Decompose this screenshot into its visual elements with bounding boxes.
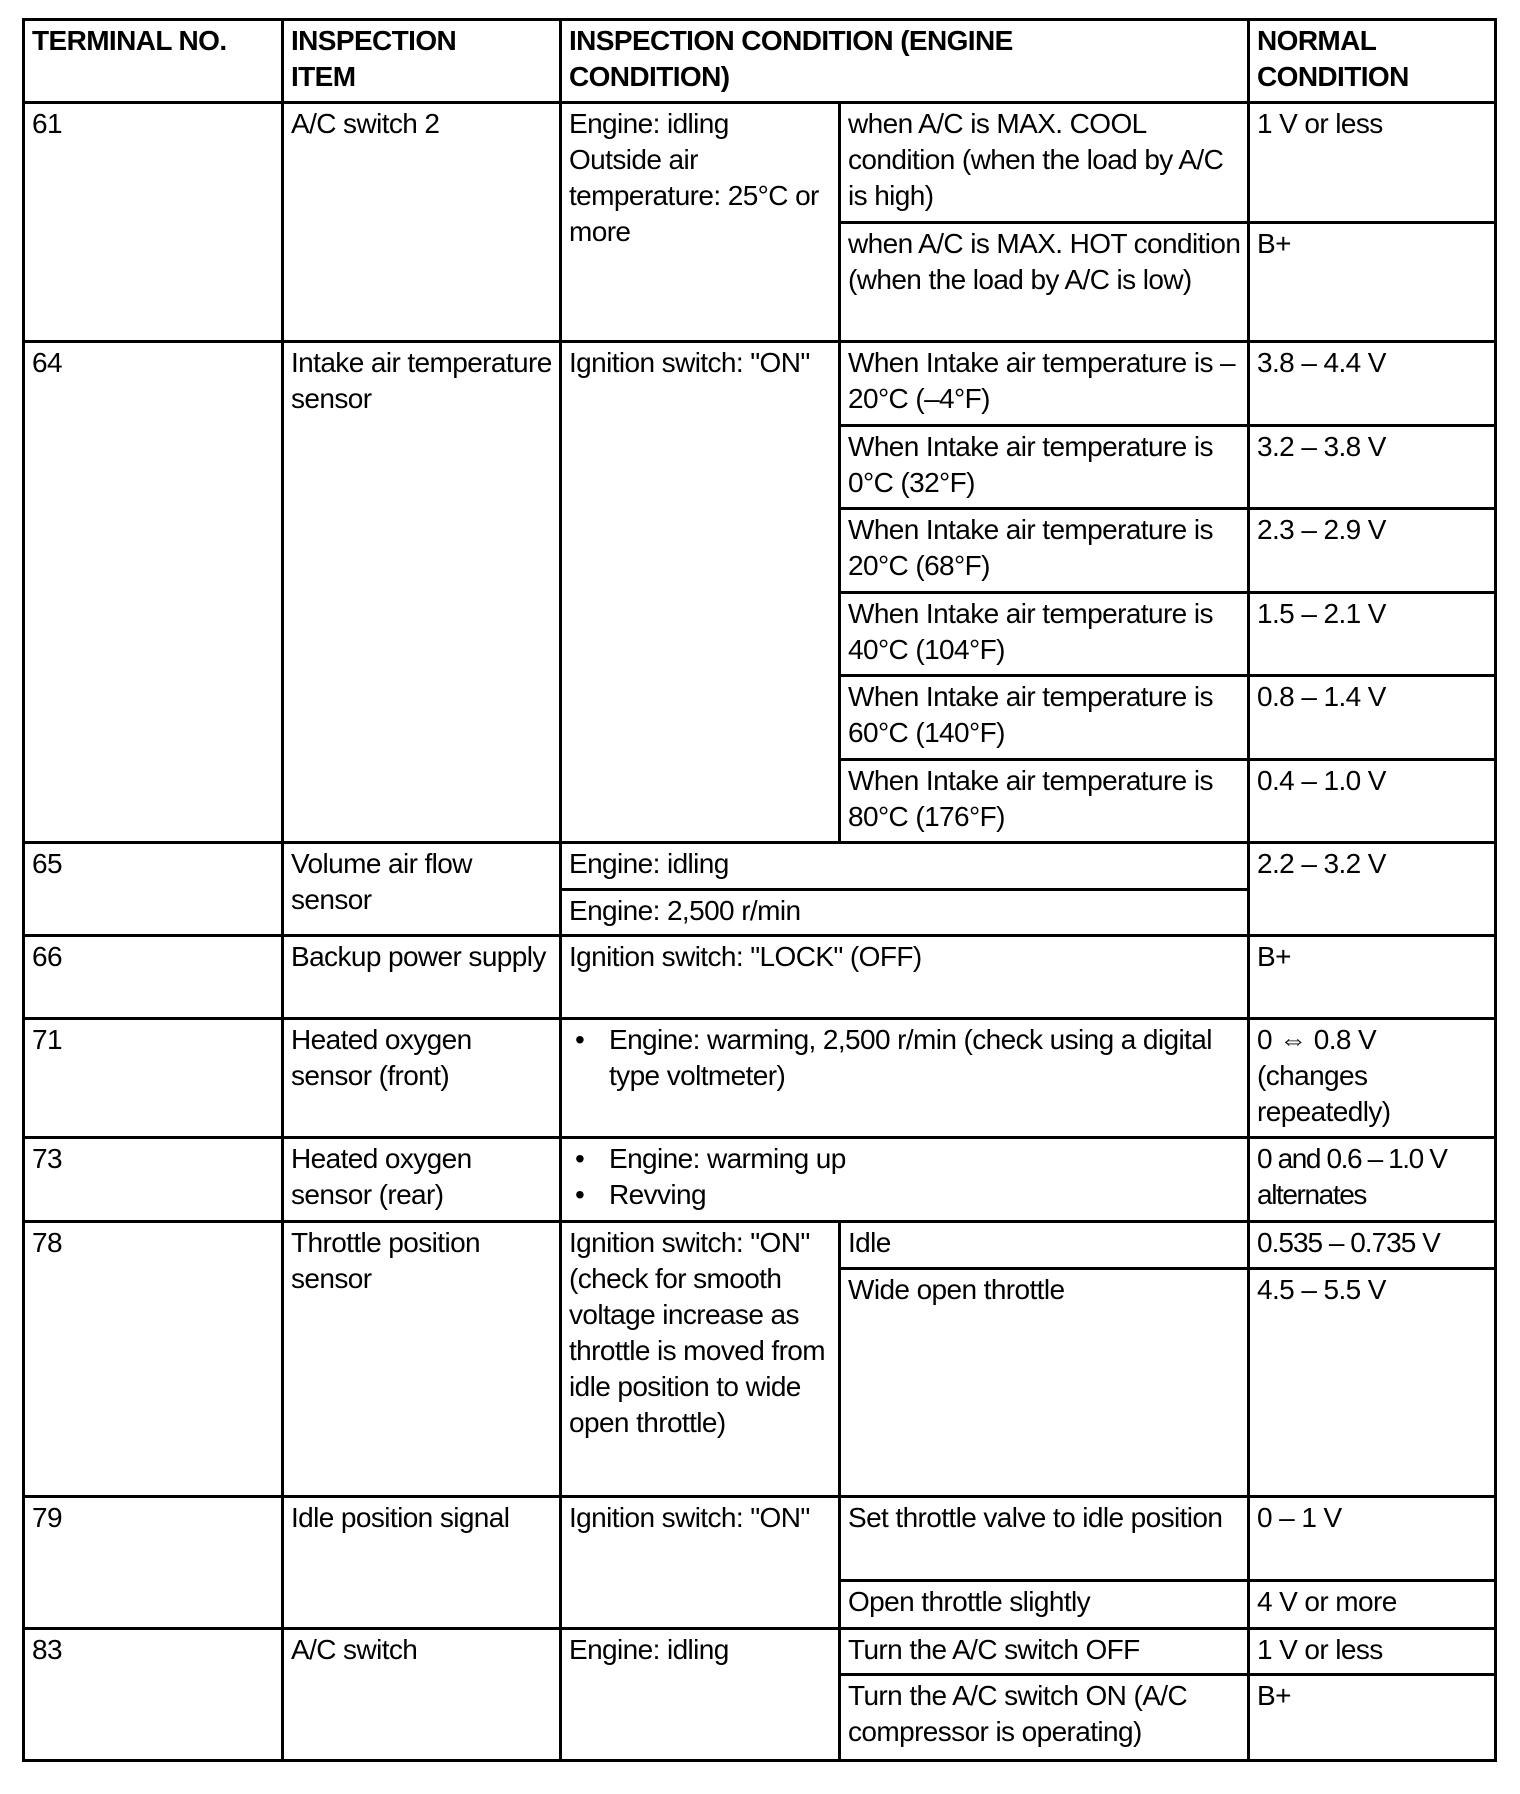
normal-condition: 0.4 – 1.0 V bbox=[1249, 760, 1496, 843]
table-row: 71 Heated oxygen sensor (front) Engine: … bbox=[24, 1019, 1496, 1138]
table-row: 61 A/C switch 2 Engine: idling Outside a… bbox=[24, 103, 1496, 223]
inspection-item: Heated oxygen sensor (rear) bbox=[283, 1138, 561, 1222]
sub-condition: When Intake air temperature is 60°C (140… bbox=[840, 676, 1249, 760]
condition-bullet: Revving bbox=[609, 1177, 1241, 1213]
inspection-item: Volume air flow sensor bbox=[283, 843, 561, 936]
normal-condition: 3.2 – 3.8 V bbox=[1249, 426, 1496, 509]
sub-condition: Set throttle valve to idle position bbox=[840, 1497, 1249, 1581]
terminal-no: 71 bbox=[24, 1019, 283, 1138]
sub-condition: Turn the A/C switch OFF bbox=[840, 1629, 1249, 1675]
terminal-no: 78 bbox=[24, 1222, 283, 1497]
inspection-item: Backup power supply bbox=[283, 936, 561, 1019]
normal-condition: 1.5 – 2.1 V bbox=[1249, 593, 1496, 676]
condition-bullet-list: Engine: warming up Revving bbox=[569, 1141, 1241, 1213]
inspection-condition: Engine: idling bbox=[561, 1629, 840, 1761]
condition-bullet: Engine: warming up bbox=[609, 1141, 1241, 1177]
condition-bullet-list: Engine: warming, 2,500 r/min (check usin… bbox=[569, 1022, 1241, 1094]
header-row: TERMINAL NO. INSPECTION ITEM INSPECTION … bbox=[24, 20, 1496, 103]
table-row: 64 Intake air temperature sensor Ignitio… bbox=[24, 342, 1496, 426]
inspection-condition: Ignition switch: "LOCK" (OFF) bbox=[561, 936, 1249, 1019]
inspection-condition: Engine: warming up Revving bbox=[561, 1138, 1249, 1222]
condition-bullet: Engine: warming, 2,500 r/min (check usin… bbox=[609, 1022, 1241, 1094]
sub-condition: Wide open throttle bbox=[840, 1269, 1249, 1497]
table-row: 73 Heated oxygen sensor (rear) Engine: w… bbox=[24, 1138, 1496, 1222]
inspection-condition: Ignition switch: "ON" bbox=[561, 1497, 840, 1629]
normal-condition: 0.8 – 1.4 V bbox=[1249, 676, 1496, 760]
normal-condition: 4 V or more bbox=[1249, 1581, 1496, 1629]
terminal-no: 64 bbox=[24, 342, 283, 843]
sub-condition: when A/C is MAX. HOT condition (when the… bbox=[840, 223, 1249, 342]
normal-condition: 1 V or less bbox=[1249, 103, 1496, 223]
sub-condition: Turn the A/C switch ON (A/C compressor i… bbox=[840, 1675, 1249, 1761]
inspection-item: Idle position signal bbox=[283, 1497, 561, 1629]
terminal-no: 79 bbox=[24, 1497, 283, 1629]
sub-condition: Idle bbox=[840, 1222, 1249, 1269]
normal-condition: 3.8 – 4.4 V bbox=[1249, 342, 1496, 426]
sub-condition: When Intake air temperature is 0°C (32°F… bbox=[840, 426, 1249, 509]
inspection-condition: Ignition switch: "ON" (check for smooth … bbox=[561, 1222, 840, 1497]
normal-condition: 0.535 – 0.735 V bbox=[1249, 1222, 1496, 1269]
terminal-no: 73 bbox=[24, 1138, 283, 1222]
header-terminal-no: TERMINAL NO. bbox=[24, 20, 283, 103]
table-row: 66 Backup power supply Ignition switch: … bbox=[24, 936, 1496, 1019]
normal-condition: 0 and 0.6 – 1.0 V alternates bbox=[1249, 1138, 1496, 1222]
header-normal-condition: NORMAL CONDITION bbox=[1249, 20, 1496, 103]
inspection-condition: Engine: idling bbox=[561, 843, 1249, 890]
normal-condition: B+ bbox=[1249, 223, 1496, 342]
header-inspection-item: INSPECTION ITEM bbox=[283, 20, 561, 103]
inspection-condition: Engine: warming, 2,500 r/min (check usin… bbox=[561, 1019, 1249, 1138]
inspection-item: Intake air temperature sensor bbox=[283, 342, 561, 843]
sub-condition: When Intake air temperature is –20°C (–4… bbox=[840, 342, 1249, 426]
normal-condition: 0 – 1 V bbox=[1249, 1497, 1496, 1581]
normal-condition: B+ bbox=[1249, 1675, 1496, 1761]
terminal-no: 83 bbox=[24, 1629, 283, 1761]
table-row: 83 A/C switch Engine: idling Turn the A/… bbox=[24, 1629, 1496, 1675]
sub-condition: Open throttle slightly bbox=[840, 1581, 1249, 1629]
normal-condition: B+ bbox=[1249, 936, 1496, 1019]
table-row: 79 Idle position signal Ignition switch:… bbox=[24, 1497, 1496, 1581]
normal-condition: 1 V or less bbox=[1249, 1629, 1496, 1675]
table-row: 65 Volume air flow sensor Engine: idling… bbox=[24, 843, 1496, 890]
terminal-no: 66 bbox=[24, 936, 283, 1019]
inspection-item: Throttle position sensor bbox=[283, 1222, 561, 1497]
inspection-item: Heated oxygen sensor (front) bbox=[283, 1019, 561, 1138]
inspection-item: A/C switch bbox=[283, 1629, 561, 1761]
inspection-condition: Engine: idling Outside air temperature: … bbox=[561, 103, 840, 342]
table-row: 78 Throttle position sensor Ignition swi… bbox=[24, 1222, 1496, 1269]
normal-condition: 4.5 – 5.5 V bbox=[1249, 1269, 1496, 1497]
sub-condition: When Intake air temperature is 20°C (68°… bbox=[840, 509, 1249, 593]
sub-condition: When Intake air temperature is 40°C (104… bbox=[840, 593, 1249, 676]
terminal-inspection-table: TERMINAL NO. INSPECTION ITEM INSPECTION … bbox=[22, 18, 1497, 1762]
terminal-no: 61 bbox=[24, 103, 283, 342]
sub-condition: When Intake air temperature is 80°C (176… bbox=[840, 760, 1249, 843]
inspection-condition: Ignition switch: "ON" bbox=[561, 342, 840, 843]
normal-condition: 0 ⇔ 0.8 V (changes repeatedly) bbox=[1249, 1019, 1496, 1138]
inspection-item: A/C switch 2 bbox=[283, 103, 561, 342]
sub-condition: when A/C is MAX. COOL condition (when th… bbox=[840, 103, 1249, 223]
normal-condition: 2.2 – 3.2 V bbox=[1249, 843, 1496, 936]
inspection-condition: Engine: 2,500 r/min bbox=[561, 890, 1249, 936]
terminal-no: 65 bbox=[24, 843, 283, 936]
normal-condition: 2.3 – 2.9 V bbox=[1249, 509, 1496, 593]
header-inspection-condition: INSPECTION CONDITION (ENGINE CONDITION) bbox=[561, 20, 1249, 103]
